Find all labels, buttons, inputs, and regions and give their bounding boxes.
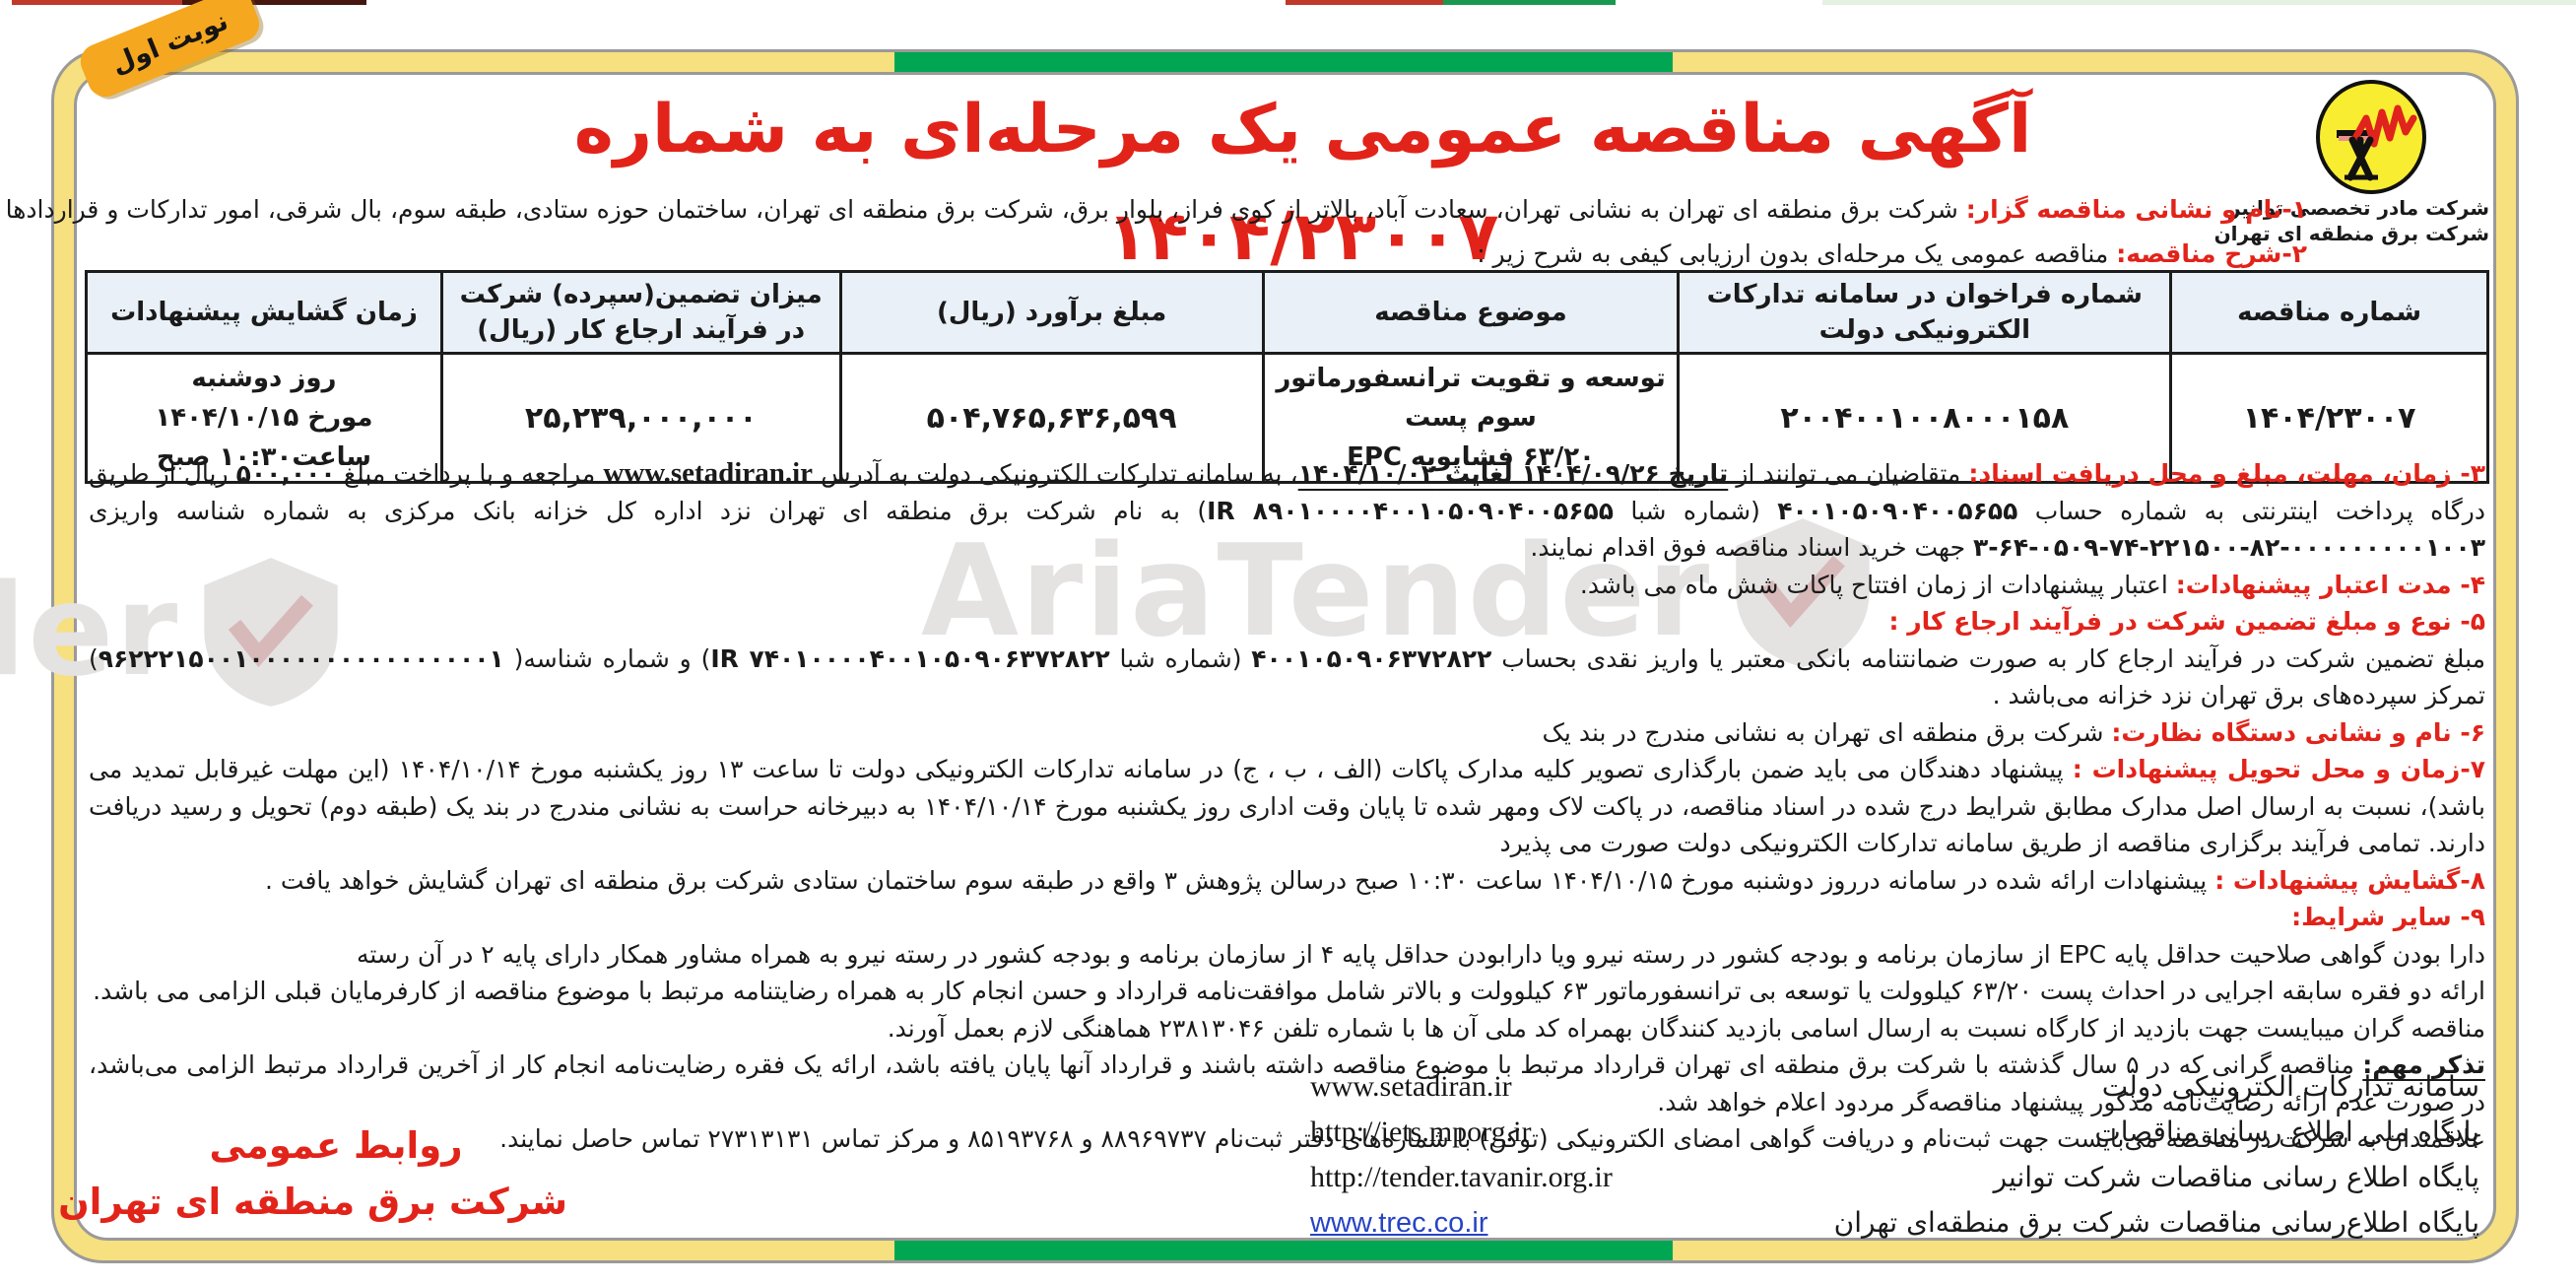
iets-link-label: پایگاه ملی اطلاع رسانی مناقصات — [2094, 1110, 2479, 1155]
col-header-tender-number: شماره مناقصه — [2171, 272, 2488, 354]
trec-link-label: پایگاه اطلاع‌رسانی مناقصات شرکت برق منطق… — [1834, 1200, 2479, 1246]
clause-3-label: ۳- زمان، مهلت، مبلغ و محل دریافت اسناد: — [1968, 459, 2485, 488]
clause-3: ۳- زمان، مهلت، مبلغ و محل دریافت اسناد: … — [89, 455, 2485, 567]
clause-8: ۸-گشایش پیشنهادات : پیشنهادات ارائه شده … — [89, 862, 2485, 900]
clause-3-text: ) به نام شرکت برق منطقه ای تهران نزد ادا… — [89, 497, 1207, 525]
clause-5-label: ۵- نوع و مبلغ تضمین شرکت در فرآیند ارجاع… — [1889, 607, 2485, 636]
top-strip-segment — [1286, 0, 1443, 5]
document-fee-amount: ۵۰۰,۰۰۰ — [236, 459, 336, 488]
clause-3-text: مراجعه و با پرداخت مبلغ — [336, 459, 604, 488]
clause-7: ۷-زمان و محل تحویل پیشنهادات : پیشنهاد د… — [89, 751, 2485, 862]
clause-4-text: اعتبار پیشنهادات از زمان افتتاح پاکات شش… — [1580, 571, 2176, 599]
clause-5-text: ) و شماره شناسه( — [504, 644, 711, 673]
clause-9-heading: ۹- سایر شرایط: — [89, 899, 2485, 936]
col-header-opening-time: زمان گشایش پیشنهادات — [87, 272, 442, 354]
intro-section: ۱-نام و نشانی مناقصه گزار: شرکت برق منطق… — [77, 187, 2307, 276]
intro-item-1: ۱-نام و نشانی مناقصه گزار: شرکت برق منطق… — [77, 187, 2307, 232]
clause-3-text: متقاضیان می توانند از — [1728, 459, 1968, 488]
clause-7-label: ۷-زمان و محل تحویل پیشنهادات : — [2073, 755, 2485, 783]
trec-link[interactable]: www.trec.co.ir — [1310, 1200, 1487, 1246]
tender-advertisement-document: { "badge": {"text": "نوبت اول"}, "brand"… — [0, 0, 2576, 1284]
public-relations-signature: روابط عمومی شرکت برق منطقه ای تهران — [104, 1117, 567, 1230]
clause-3-text: جهت خرید اسناد مناقصه فوق اقدام نمایند. — [1530, 533, 1973, 562]
clause-6-label: ۶- نام و نشانی دستگاه نظارت: — [2111, 718, 2485, 747]
col-header-call-number: شماره فراخوان در سامانه تدارکات الکترونی… — [1679, 272, 2171, 354]
clause-6-text: شرکت برق منطقه ای تهران به نشانی مندرج د… — [1543, 718, 2112, 747]
clause-9-condition-1: دارا بودن گواهی صلاحیت حداقل پایه EPC از… — [89, 936, 2485, 974]
intro-item-2-label: ۲-شرح مناقصه: — [2116, 239, 2307, 268]
clause-4: ۴- مدت اعتبار پیشنهادات: اعتبار پیشنهادا… — [89, 567, 2485, 604]
clause-9-label: ۹- سایر شرایط: — [2291, 903, 2485, 931]
clause-5-body: مبلغ تضمین شرکت در فرآیند ارجاع کار به ص… — [89, 641, 2485, 714]
guarantee-id-number: ۹۶۲۲۲۱۵۰۰۱۰۰۰۰۰۰۰۰۰۰۰۰۰۰۰۰۱ — [99, 644, 504, 673]
clause-3-text: ، به سامانه تدارکات الکترونیکی دولت به آ… — [813, 459, 1298, 488]
setadiran-url-inline[interactable]: www.setadiran.ir — [603, 457, 813, 489]
top-strip-segment — [1822, 0, 2576, 5]
clause-8-label: ۸-گشایش پیشنهادات : — [2214, 866, 2485, 895]
clause-5-heading: ۵- نوع و مبلغ تضمین شرکت در فرآیند ارجاع… — [89, 603, 2485, 641]
col-header-subject: موضوع مناقصه — [1263, 272, 1679, 354]
clause-5-text: مبلغ تضمین شرکت در فرآیند ارجاع کار به ص… — [1491, 644, 2485, 673]
clause-3-dates: تاریخ ۱۴۰۴/۰۹/۲۶ لغایت ۱۴۰۴/۱۰/۰۲ — [1298, 459, 1729, 488]
tavanir-electric-logo-icon — [2315, 79, 2427, 195]
tavanir-link[interactable]: http://tender.tavanir.org.ir — [1310, 1155, 1613, 1200]
intro-item-2-text: مناقصه عمومی یک مرحله‌ای بدون ارزیابی کی… — [1477, 239, 2116, 268]
guarantee-account-number: ۴۰۰۱۰۵۰۹۰۶۳۷۲۸۲۲ — [1251, 644, 1491, 673]
col-header-estimate: مبلغ برآورد (ریال) — [840, 272, 1263, 354]
setadiran-link-label: سامانه تدارکات الکترونیکی دولت — [2102, 1064, 2479, 1110]
tender-table-header-row: شماره مناقصه شماره فراخوان در سامانه تدا… — [87, 272, 2488, 354]
intro-item-1-text: شرکت برق منطقه ای تهران به نشانی تهران، … — [6, 195, 1966, 224]
clause-3-text: (شماره شبا — [1614, 497, 1777, 525]
tender-table: شماره مناقصه شماره فراخوان در سامانه تدا… — [85, 270, 2489, 484]
account-number: ۴۰۰۱۰۵۰۹۰۴۰۰۵۶۵۵ — [1777, 497, 2017, 525]
tender-table-wrap: شماره مناقصه شماره فراخوان در سامانه تدا… — [85, 270, 2489, 484]
clause-6: ۶- نام و نشانی دستگاه نظارت: شرکت برق من… — [89, 714, 2485, 752]
clause-8-text: پیشنهادات ارائه شده در سامانه درروز دوشن… — [265, 866, 2214, 895]
top-edge-strip — [0, 0, 2576, 6]
guarantee-iban-number: IR ۷۴۰۱۰۰۰۰۴۰۰۱۰۵۰۹۰۶۳۷۲۸۲۲ — [710, 644, 1109, 673]
cell-subject-line1: توسعه و تقویت ترانسفورماتور سوم پست — [1275, 359, 1668, 438]
iets-link[interactable]: http://iets.mporg.ir — [1310, 1110, 1531, 1155]
iban-number: IR ۸۹۰۱۰۰۰۰۴۰۰۱۰۵۰۹۰۴۰۰۵۶۵۵ — [1207, 497, 1614, 525]
document-content: شرکت مادر تخصصی توانیر شرکت برق منطقه ای… — [77, 77, 2499, 1246]
border-green-top-segment — [894, 52, 1673, 72]
deposit-id-number: ۳-۶۴-۰۵۰۹-۷۴-۲۲۱۵۰۰-۸۲-۰۰۰۰۰۰۰۰۰۱۰۰۳ — [1973, 533, 2485, 562]
setadiran-link[interactable]: www.setadiran.ir — [1310, 1064, 1512, 1110]
top-strip-segment — [1443, 0, 1616, 5]
clause-4-label: ۴- مدت اعتبار پیشنهادات: — [2176, 571, 2485, 599]
clause-5-text: (شماره شبا — [1110, 644, 1252, 673]
signature-line-1: روابط عمومی — [104, 1117, 567, 1174]
top-strip-segment — [12, 0, 182, 5]
clause-9-condition-3: مناقصه گران میبایست جهت بازدید از کارگاه… — [89, 1010, 2485, 1047]
link-row-setadiran: www.setadiran.ir سامانه تدارکات الکترونی… — [89, 1064, 2485, 1110]
col-header-guarantee: میزان تضمین(سپرده) شرکت در فرآیند ارجاع … — [441, 272, 840, 354]
tavanir-link-label: پایگاه اطلاع رسانی مناقصات شرکت توانیر — [1994, 1155, 2479, 1200]
intro-item-1-label: ۱-نام و نشانی مناقصه گزار: — [1966, 195, 2307, 224]
body-clauses: ۳- زمان، مهلت، مبلغ و محل دریافت اسناد: … — [89, 455, 2485, 1158]
signature-line-2: شرکت برق منطقه ای تهران — [104, 1174, 567, 1230]
cell-opening-line1: روز دوشنبه — [98, 359, 430, 398]
clause-9-condition-2: ارائه دو فقره سابقه اجرایی در احداث پست … — [89, 973, 2485, 1010]
